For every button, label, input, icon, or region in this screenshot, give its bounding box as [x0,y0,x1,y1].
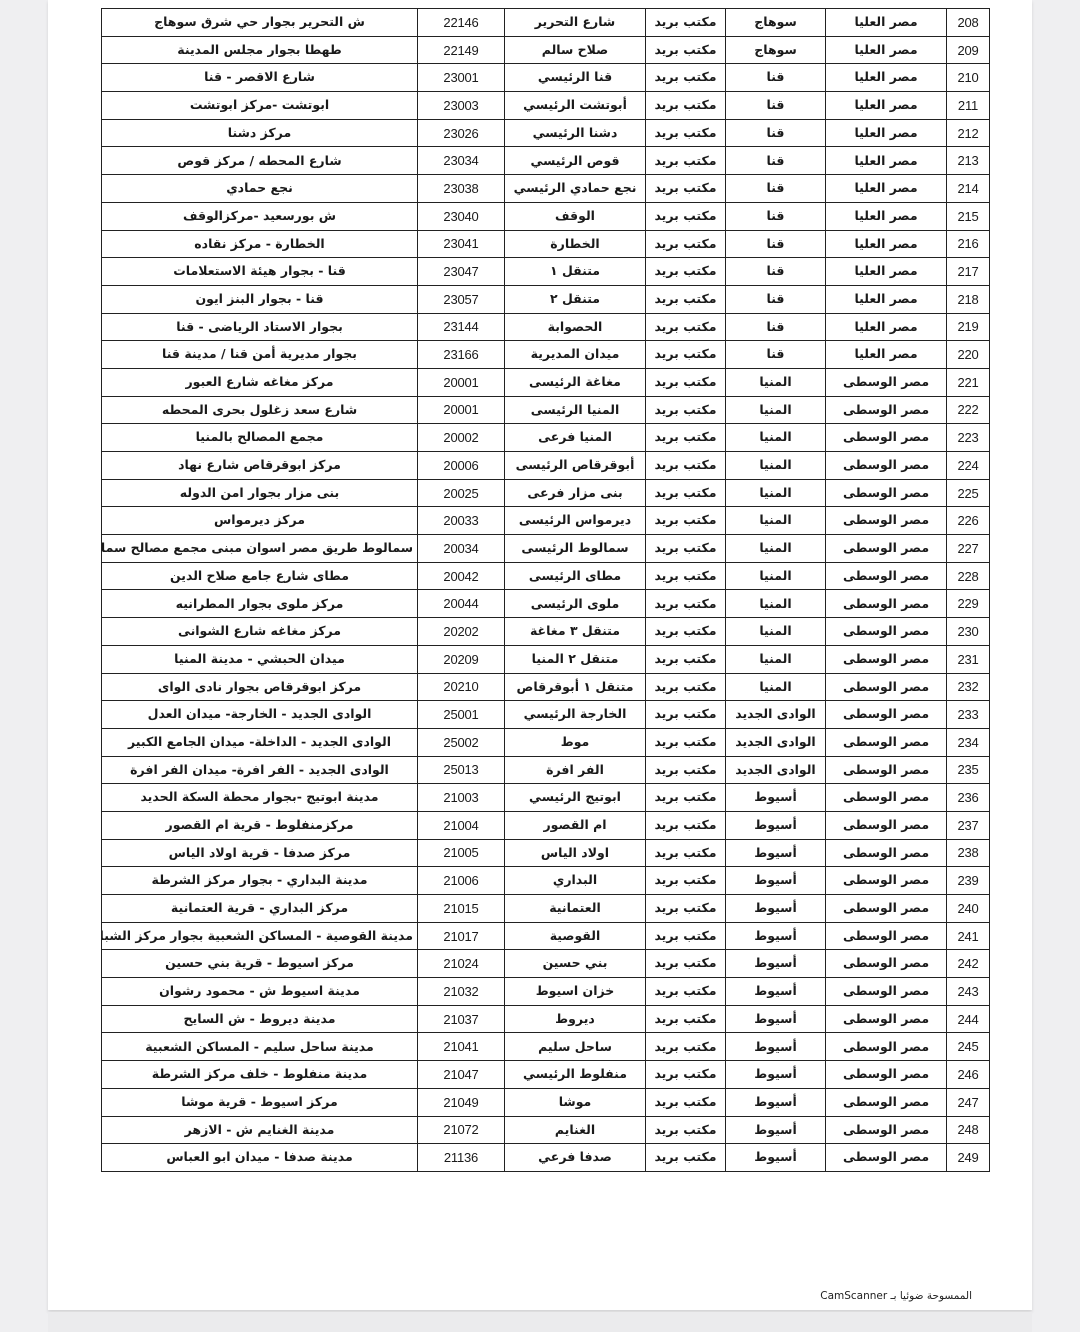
row-index: 210 [947,64,990,92]
office-type-cell: مكتب بريد [646,839,726,867]
address-cell: مدينة ساحل سليم - المساكن الشعبية [102,1033,418,1061]
row-index: 223 [947,424,990,452]
region-cell: مصر الوسطى [826,811,947,839]
row-index: 236 [947,784,990,812]
region-cell: مصر الوسطى [826,784,947,812]
postal-code-cell: 25002 [418,728,505,756]
postal-code-cell: 20033 [418,507,505,535]
row-index: 242 [947,950,990,978]
region-cell: مصر الوسطى [826,368,947,396]
address-cell: الوادى الجديد - الفر افرة- ميدان الفر اف… [102,756,418,784]
row-index: 214 [947,175,990,203]
office-name-cell: مطاى الرئيسى [505,562,646,590]
row-index: 245 [947,1033,990,1061]
office-name-cell: بني حسين [505,950,646,978]
office-name-cell: ديرمواس الرئيسى [505,507,646,535]
row-index: 218 [947,285,990,313]
row-index: 229 [947,590,990,618]
row-index: 231 [947,645,990,673]
region-cell: مصر الوسطى [826,867,947,895]
governorate-cell: أسيوط [726,811,826,839]
office-name-cell: اولاد الياس [505,839,646,867]
row-index: 232 [947,673,990,701]
postal-code-cell: 23038 [418,175,505,203]
region-cell: مصر الوسطى [826,839,947,867]
row-index: 215 [947,202,990,230]
postal-code-cell: 22149 [418,36,505,64]
office-type-cell: مكتب بريد [646,396,726,424]
postal-code-cell: 21032 [418,978,505,1006]
governorate-cell: أسيوط [726,1144,826,1172]
region-cell: مصر العليا [826,258,947,286]
address-cell: مركز اسيوط - قرية موشا [102,1088,418,1116]
governorate-cell: أسيوط [726,1033,826,1061]
row-index: 249 [947,1144,990,1172]
table-row: 230مصر الوسطىالمنيامكتب بريدمتنقل ٣ مغاغ… [102,618,990,646]
governorate-cell: المنيا [726,535,826,563]
table-row: 234مصر الوسطىالوادى الجديدمكتب بريدموط25… [102,728,990,756]
governorate-cell: قنا [726,175,826,203]
office-type-cell: مكتب بريد [646,452,726,480]
address-cell: مركز البداري - قرية العتمانية [102,895,418,923]
postal-code-cell: 20025 [418,479,505,507]
table-row: 214مصر العلياقنامكتب بريدنجع حمادي الرئي… [102,175,990,203]
address-cell: مركز صدفا - قرية اولاد الياس [102,839,418,867]
address-cell: شارع الاقصر - قنا [102,64,418,92]
address-cell: مدينة ابوتيج -بجوار محطة السكة الحديد [102,784,418,812]
office-name-cell: الوقف [505,202,646,230]
governorate-cell: المنيا [726,562,826,590]
office-name-cell: شارع التحرير [505,9,646,37]
region-cell: مصر الوسطى [826,895,947,923]
office-type-cell: مكتب بريد [646,701,726,729]
table-row: 217مصر العلياقنامكتب بريدمتنقل ١23047قنا… [102,258,990,286]
address-cell: مركز اسيوط - قرية بني حسين [102,950,418,978]
address-cell: مدينة الغنايم ش - الازهر [102,1116,418,1144]
governorate-cell: أسيوط [726,1061,826,1089]
address-cell: مدينة اسيوط ش - محمود رشوان [102,978,418,1006]
row-index: 240 [947,895,990,923]
governorate-cell: قنا [726,202,826,230]
camscanner-watermark: الممسوحة ضوئيا بـ CamScanner [820,1290,972,1302]
region-cell: مصر الوسطى [826,673,947,701]
postal-code-cell: 21017 [418,922,505,950]
office-type-cell: مكتب بريد [646,479,726,507]
office-name-cell: صلاح سالم [505,36,646,64]
row-index: 213 [947,147,990,175]
office-type-cell: مكتب بريد [646,922,726,950]
address-cell: الوادى الجديد - الداخلة- ميدان الجامع ال… [102,728,418,756]
address-cell: مدينة صدفا - ميدان ابو العباس [102,1144,418,1172]
office-name-cell: أبوقرقاص الرئيسى [505,452,646,480]
region-cell: مصر الوسطى [826,1116,947,1144]
postal-code-cell: 23041 [418,230,505,258]
office-type-cell: مكتب بريد [646,756,726,784]
governorate-cell: الوادى الجديد [726,701,826,729]
region-cell: مصر الوسطى [826,978,947,1006]
address-cell: شارع المحطه / مركز قوص [102,147,418,175]
table-row: 233مصر الوسطىالوادى الجديدمكتب بريدالخار… [102,701,990,729]
office-name-cell: قنا الرئيسي [505,64,646,92]
region-cell: مصر الوسطى [826,1061,947,1089]
address-cell: سمالوط طريق مصر اسوان مبنى مجمع مصالح سم… [102,535,418,563]
governorate-cell: قنا [726,341,826,369]
governorate-cell: أسيوط [726,950,826,978]
row-index: 246 [947,1061,990,1089]
address-cell: ميدان الحبشي - مدينة المنيا [102,645,418,673]
governorate-cell: قنا [726,92,826,120]
governorate-cell: المنيا [726,507,826,535]
office-type-cell: مكتب بريد [646,867,726,895]
postal-code-cell: 21136 [418,1144,505,1172]
row-index: 217 [947,258,990,286]
office-type-cell: مكتب بريد [646,673,726,701]
postal-code-cell: 20209 [418,645,505,673]
region-cell: مصر الوسطى [826,618,947,646]
row-index: 209 [947,36,990,64]
governorate-cell: أسيوط [726,978,826,1006]
row-index: 226 [947,507,990,535]
governorate-cell: أسيوط [726,839,826,867]
table-row: 237مصر الوسطىأسيوطمكتب بريدام القصور2100… [102,811,990,839]
row-index: 212 [947,119,990,147]
office-type-cell: مكتب بريد [646,645,726,673]
postal-code-cell: 21041 [418,1033,505,1061]
governorate-cell: قنا [726,147,826,175]
postal-code-cell: 23144 [418,313,505,341]
office-name-cell: متنقل ١ [505,258,646,286]
address-cell: مركز مغاغه شارع الشوانى [102,618,418,646]
region-cell: مصر العليا [826,64,947,92]
office-name-cell: منفلوط الرئيسي [505,1061,646,1089]
office-type-cell: مكتب بريد [646,36,726,64]
address-cell: قنا - بجوار هيئة الاستعلامات [102,258,418,286]
office-name-cell: سمالوط الرئيسى [505,535,646,563]
address-cell: نجع حمادي [102,175,418,203]
governorate-cell: أسيوط [726,1116,826,1144]
postal-code-cell: 25013 [418,756,505,784]
post-office-table: 208مصر العلياسوهاجمكتب بريدشارع التحرير2… [101,8,990,1172]
governorate-cell: قنا [726,258,826,286]
table-row: 231مصر الوسطىالمنيامكتب بريدمتنقل ٢ المن… [102,645,990,673]
postal-code-cell: 21024 [418,950,505,978]
address-cell: ابوتشت -مركز ابوتشت [102,92,418,120]
region-cell: مصر العليا [826,230,947,258]
address-cell: الوادى الجديد - الخارجة- ميدان العدل [102,701,418,729]
row-index: 211 [947,92,990,120]
office-type-cell: مكتب بريد [646,341,726,369]
row-index: 224 [947,452,990,480]
office-type-cell: مكتب بريد [646,285,726,313]
office-name-cell: المنيا الرئيسى [505,396,646,424]
postal-code-cell: 20001 [418,368,505,396]
postal-code-cell: 25001 [418,701,505,729]
office-type-cell: مكتب بريد [646,368,726,396]
table-row: 242مصر الوسطىأسيوطمكتب بريدبني حسين21024… [102,950,990,978]
address-cell: بنى مزار بجوار امن الدوله [102,479,418,507]
region-cell: مصر العليا [826,285,947,313]
governorate-cell: الوادى الجديد [726,728,826,756]
office-type-cell: مكتب بريد [646,895,726,923]
table-row: 247مصر الوسطىأسيوطمكتب بريدموشا21049مركز… [102,1088,990,1116]
row-index: 219 [947,313,990,341]
table-row: 213مصر العلياقنامكتب بريدقوص الرئيسي2303… [102,147,990,175]
governorate-cell: قنا [726,230,826,258]
row-index: 234 [947,728,990,756]
office-name-cell: بنى مزار فرعى [505,479,646,507]
governorate-cell: قنا [726,119,826,147]
postal-code-cell: 21049 [418,1088,505,1116]
table-row: 221مصر الوسطىالمنيامكتب بريدمغاغة الرئيس… [102,368,990,396]
office-type-cell: مكتب بريد [646,507,726,535]
office-name-cell: العتمانية [505,895,646,923]
table-row: 241مصر الوسطىأسيوطمكتب بريدالقوصية21017م… [102,922,990,950]
region-cell: مصر العليا [826,202,947,230]
office-type-cell: مكتب بريد [646,728,726,756]
table-row: 244مصر الوسطىأسيوطمكتب بريدديروط21037مدي… [102,1005,990,1033]
table-row: 226مصر الوسطىالمنيامكتب بريدديرمواس الرئ… [102,507,990,535]
office-type-cell: مكتب بريد [646,64,726,92]
address-cell: قنا - بجوار البنز ايون [102,285,418,313]
table-row: 236مصر الوسطىأسيوطمكتب بريدابوتيج الرئيس… [102,784,990,812]
region-cell: مصر الوسطى [826,756,947,784]
table-row: 238مصر الوسطىأسيوطمكتب بريداولاد الياس21… [102,839,990,867]
office-name-cell: ابوتيج الرئيسي [505,784,646,812]
office-type-cell: مكتب بريد [646,1088,726,1116]
address-cell: مدينة ديروط - ش السايح [102,1005,418,1033]
office-type-cell: مكتب بريد [646,119,726,147]
governorate-cell: أسيوط [726,784,826,812]
office-type-cell: مكتب بريد [646,147,726,175]
region-cell: مصر العليا [826,147,947,175]
region-cell: مصر العليا [826,119,947,147]
table-row: 243مصر الوسطىأسيوطمكتب بريدخزان اسيوط210… [102,978,990,1006]
governorate-cell: المنيا [726,673,826,701]
office-name-cell: ساحل سليم [505,1033,646,1061]
next-page-edge [48,1312,1032,1332]
office-name-cell: ام القصور [505,811,646,839]
office-type-cell: مكتب بريد [646,1144,726,1172]
governorate-cell: أسيوط [726,922,826,950]
postal-code-cell: 22146 [418,9,505,37]
address-cell: مركز ديرمواس [102,507,418,535]
row-index: 247 [947,1088,990,1116]
office-type-cell: مكتب بريد [646,1061,726,1089]
office-name-cell: قوص الرئيسي [505,147,646,175]
table-row: 208مصر العلياسوهاجمكتب بريدشارع التحرير2… [102,9,990,37]
region-cell: مصر الوسطى [826,507,947,535]
region-cell: مصر الوسطى [826,424,947,452]
postal-code-cell: 23001 [418,64,505,92]
governorate-cell: سوهاج [726,36,826,64]
postal-code-cell: 21005 [418,839,505,867]
row-index: 243 [947,978,990,1006]
office-type-cell: مكتب بريد [646,258,726,286]
row-index: 225 [947,479,990,507]
region-cell: مصر العليا [826,175,947,203]
office-type-cell: مكتب بريد [646,590,726,618]
office-type-cell: مكتب بريد [646,784,726,812]
office-type-cell: مكتب بريد [646,950,726,978]
row-index: 248 [947,1116,990,1144]
row-index: 237 [947,811,990,839]
office-name-cell: صدفا فرعي [505,1144,646,1172]
postal-code-cell: 21072 [418,1116,505,1144]
governorate-cell: المنيا [726,618,826,646]
postal-code-cell: 21006 [418,867,505,895]
table-row: 215مصر العلياقنامكتب بريدالوقف23040ش بور… [102,202,990,230]
office-type-cell: مكتب بريد [646,978,726,1006]
governorate-cell: قنا [726,64,826,92]
address-cell: مدينة القوصية - المساكن الشعبية بجوار مر… [102,922,418,950]
region-cell: مصر العليا [826,341,947,369]
row-index: 241 [947,922,990,950]
office-name-cell: الفر افرة [505,756,646,784]
address-cell: شارع سعد زغلول بحرى المحطه [102,396,418,424]
row-index: 220 [947,341,990,369]
postal-code-cell: 21015 [418,895,505,923]
office-name-cell: متنقل ٢ [505,285,646,313]
region-cell: مصر الوسطى [826,1088,947,1116]
office-name-cell: المنيا فرعى [505,424,646,452]
address-cell: بجوار مديرية أمن قنا / مدينة قنا [102,341,418,369]
row-index: 227 [947,535,990,563]
office-name-cell: متنقل ١ أبوقرقاص [505,673,646,701]
address-cell: بجوار الاستاد الرياضى - قنا [102,313,418,341]
region-cell: مصر الوسطى [826,1144,947,1172]
office-type-cell: مكتب بريد [646,313,726,341]
row-index: 221 [947,368,990,396]
postal-code-cell: 20202 [418,618,505,646]
office-type-cell: مكتب بريد [646,562,726,590]
postal-code-cell: 20034 [418,535,505,563]
governorate-cell: المنيا [726,396,826,424]
governorate-cell: المنيا [726,645,826,673]
office-name-cell: الخارجة الرئيسي [505,701,646,729]
row-index: 244 [947,1005,990,1033]
office-name-cell: أبوتشت الرئيسي [505,92,646,120]
scanned-page: 208مصر العلياسوهاجمكتب بريدشارع التحرير2… [48,0,1032,1310]
postal-code-cell: 21003 [418,784,505,812]
governorate-cell: قنا [726,313,826,341]
office-type-cell: مكتب بريد [646,811,726,839]
office-type-cell: مكتب بريد [646,92,726,120]
office-type-cell: مكتب بريد [646,175,726,203]
region-cell: مصر الوسطى [826,562,947,590]
postal-code-cell: 23026 [418,119,505,147]
address-cell: ش بورسعيد -مركزالوقف [102,202,418,230]
governorate-cell: قنا [726,285,826,313]
governorate-cell: المنيا [726,452,826,480]
table-row: 224مصر الوسطىالمنيامكتب بريدأبوقرقاص الر… [102,452,990,480]
region-cell: مصر الوسطى [826,922,947,950]
office-name-cell: نجع حمادي الرئيسي [505,175,646,203]
table-row: 210مصر العلياقنامكتب بريدقنا الرئيسي2300… [102,64,990,92]
office-name-cell: خزان اسيوط [505,978,646,1006]
table-row: 229مصر الوسطىالمنيامكتب بريدملوى الرئيسى… [102,590,990,618]
address-cell: مدينة البداري - بجوار مركز الشرطة [102,867,418,895]
table-row: 235مصر الوسطىالوادى الجديدمكتب بريدالفر … [102,756,990,784]
region-cell: مصر الوسطى [826,728,947,756]
row-index: 233 [947,701,990,729]
office-name-cell: الحصوابة [505,313,646,341]
region-cell: مصر الوسطى [826,452,947,480]
address-cell: مطاى شارع جامع صلاح الدين [102,562,418,590]
address-cell: الخطارة - مركز نقاده [102,230,418,258]
postal-code-cell: 23034 [418,147,505,175]
office-name-cell: موط [505,728,646,756]
table-row: 239مصر الوسطىأسيوطمكتب بريدالبداري21006م… [102,867,990,895]
postal-code-cell: 23040 [418,202,505,230]
office-name-cell: الغنايم [505,1116,646,1144]
table-row: 211مصر العلياقنامكتب بريدأبوتشت الرئيسي2… [102,92,990,120]
office-name-cell: موشا [505,1088,646,1116]
region-cell: مصر الوسطى [826,701,947,729]
office-name-cell: الخطارة [505,230,646,258]
address-cell: مركز ملوى بجوار المطرانيه [102,590,418,618]
governorate-cell: الوادى الجديد [726,756,826,784]
address-cell: مركز ابوقرقاص بجوار نادى الواى [102,673,418,701]
region-cell: مصر الوسطى [826,1005,947,1033]
region-cell: مصر الوسطى [826,645,947,673]
address-cell: طهطا بجوار مجلس المدينة [102,36,418,64]
office-type-cell: مكتب بريد [646,1005,726,1033]
governorate-cell: سوهاج [726,9,826,37]
postal-code-cell: 23057 [418,285,505,313]
office-name-cell: ميدان المديرية [505,341,646,369]
postal-code-cell: 23003 [418,92,505,120]
region-cell: مصر الوسطى [826,950,947,978]
postal-code-cell: 20002 [418,424,505,452]
office-type-cell: مكتب بريد [646,9,726,37]
region-cell: مصر الوسطى [826,1033,947,1061]
office-name-cell: دشنا الرئيسي [505,119,646,147]
postal-code-cell: 23166 [418,341,505,369]
postal-code-cell: 23047 [418,258,505,286]
postal-code-cell: 20044 [418,590,505,618]
postal-code-cell: 20001 [418,396,505,424]
office-type-cell: مكتب بريد [646,1033,726,1061]
region-cell: مصر الوسطى [826,396,947,424]
office-name-cell: القوصية [505,922,646,950]
table-row: 225مصر الوسطىالمنيامكتب بريدبنى مزار فرع… [102,479,990,507]
table-row: 212مصر العلياقنامكتب بريددشنا الرئيسي230… [102,119,990,147]
office-type-cell: مكتب بريد [646,424,726,452]
region-cell: مصر العليا [826,92,947,120]
office-type-cell: مكتب بريد [646,230,726,258]
governorate-cell: أسيوط [726,1005,826,1033]
address-cell: مركز دشنا [102,119,418,147]
table-row: 240مصر الوسطىأسيوطمكتب بريدالعتمانية2101… [102,895,990,923]
table-row: 222مصر الوسطىالمنيامكتب بريدالمنيا الرئي… [102,396,990,424]
table-row: 227مصر الوسطىالمنيامكتب بريدسمالوط الرئي… [102,535,990,563]
address-cell: مركزمنفلوط - قرية ام القصور [102,811,418,839]
governorate-cell: المنيا [726,590,826,618]
office-name-cell: متنقل ٣ مغاغة [505,618,646,646]
table-row: 246مصر الوسطىأسيوطمكتب بريدمنفلوط الرئيس… [102,1061,990,1089]
address-cell: مدينة منفلوط - خلف مركز الشرطة [102,1061,418,1089]
region-cell: مصر العليا [826,313,947,341]
governorate-cell: أسيوط [726,867,826,895]
address-cell: مركز ابوقرقاص شارع نهاد [102,452,418,480]
address-cell: ش التحرير بجوار حي شرق سوهاج [102,9,418,37]
table-row: 248مصر الوسطىأسيوطمكتب بريدالغنايم21072م… [102,1116,990,1144]
region-cell: مصر الوسطى [826,535,947,563]
table-row: 249مصر الوسطىأسيوطمكتب بريدصدفا فرعي2113… [102,1144,990,1172]
table-body: 208مصر العلياسوهاجمكتب بريدشارع التحرير2… [102,9,990,1172]
table-row: 220مصر العلياقنامكتب بريدميدان المديرية2… [102,341,990,369]
governorate-cell: المنيا [726,479,826,507]
